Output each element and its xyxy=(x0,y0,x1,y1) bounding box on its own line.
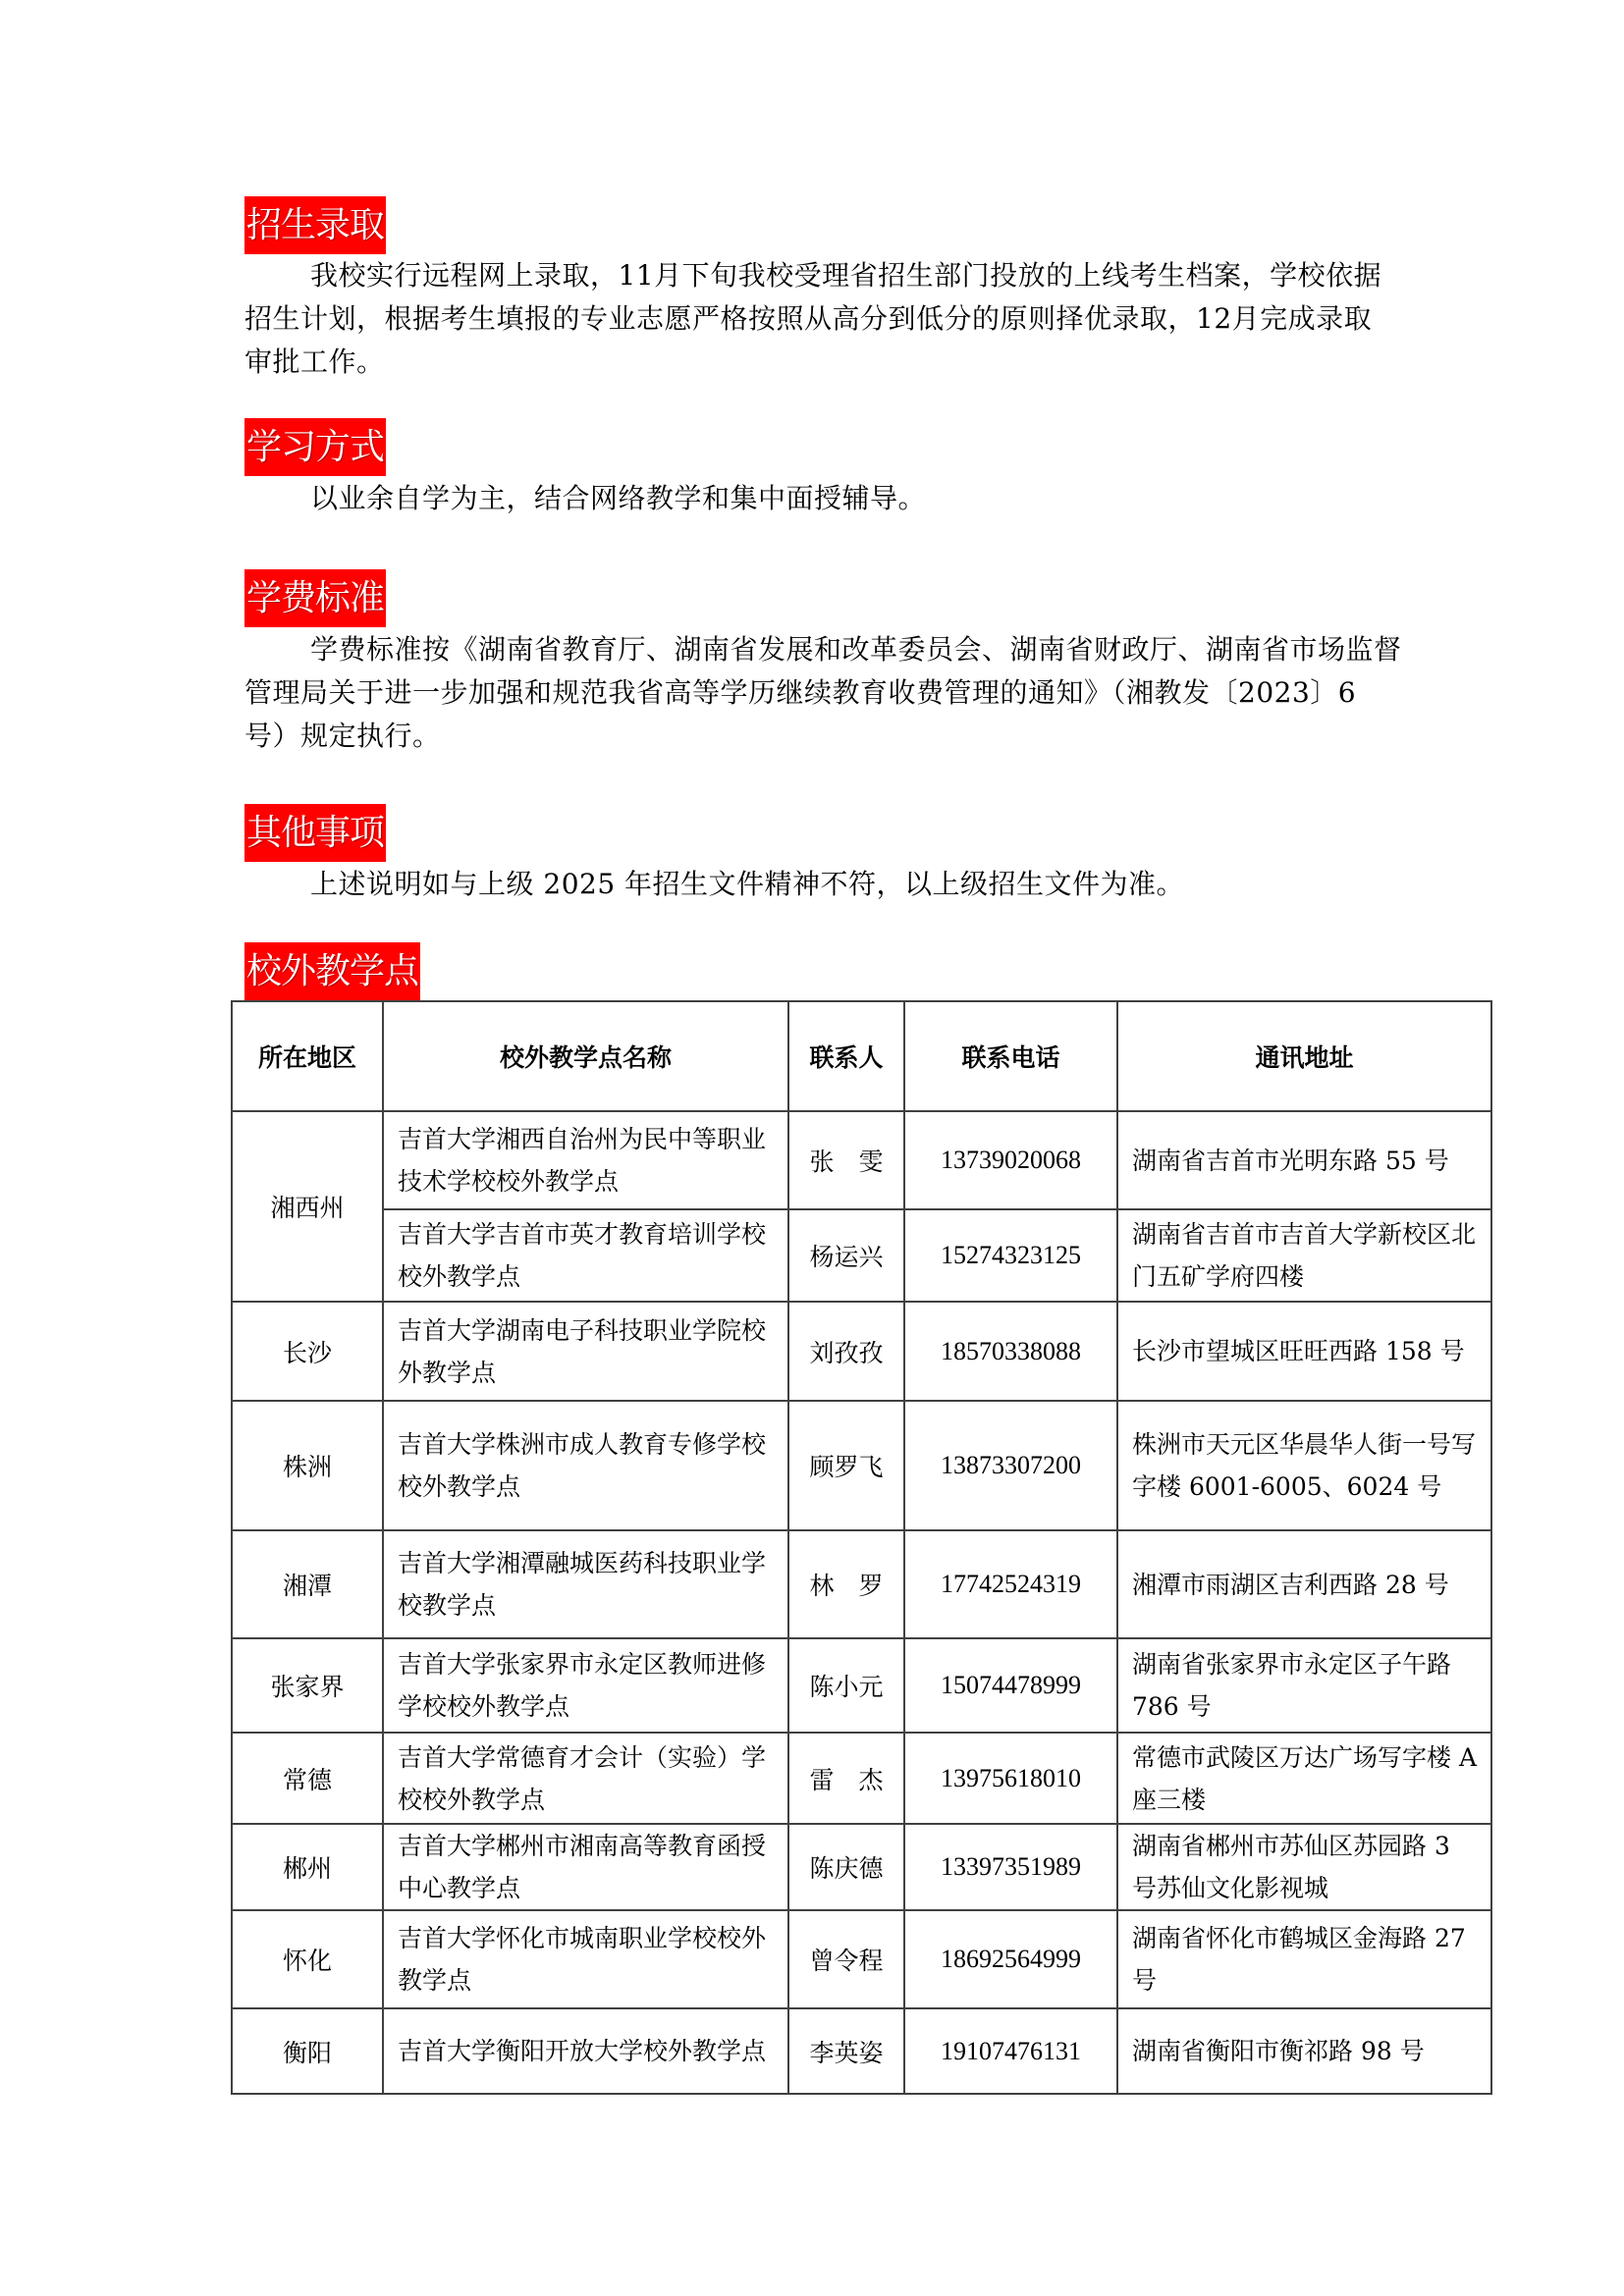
table-row: 怀化 吉首大学怀化市城南职业学校校外教学点 曾令程 18692564999 湖南… xyxy=(232,1910,1491,2008)
section-paragraph-tuition: 学费标准按《湖南省教育厅、湖南省发展和改革委员会、湖南省财政厅、湖南省市场监督管… xyxy=(244,628,1403,758)
header-contact: 联系人 xyxy=(788,1001,904,1111)
cell-contact: 陈庆德 xyxy=(788,1824,904,1910)
cell-site-name: 吉首大学吉首市英才教育培训学校校外教学点 xyxy=(383,1209,788,1302)
cell-address: 湘潭市雨湖区吉利西路 28 号 xyxy=(1117,1530,1491,1638)
table-row: 长沙 吉首大学湖南电子科技职业学院校外教学点 刘孜孜 18570338088 长… xyxy=(232,1302,1491,1401)
cell-region: 湘西州 xyxy=(232,1111,383,1302)
cell-phone: 19107476131 xyxy=(904,2008,1117,2094)
header-site-name: 校外教学点名称 xyxy=(383,1001,788,1111)
cell-contact: 杨运兴 xyxy=(788,1209,904,1302)
cell-address: 湖南省衡阳市衡祁路 98 号 xyxy=(1117,2008,1491,2094)
section-paragraph-study-mode: 以业余自学为主，结合网络教学和集中面授辅导。 xyxy=(244,477,1393,520)
cell-site-name: 吉首大学株洲市成人教育专修学校校外教学点 xyxy=(383,1401,788,1530)
cell-site-name: 吉首大学衡阳开放大学校外教学点 xyxy=(383,2008,788,2094)
section-heading-study-mode: 学习方式 xyxy=(244,418,386,476)
cell-region: 张家界 xyxy=(232,1638,383,1733)
table-row: 株洲 吉首大学株洲市成人教育专修学校校外教学点 顾罗飞 13873307200 … xyxy=(232,1401,1491,1530)
cell-address: 湖南省吉首市吉首大学新校区北门五矿学府四楼 xyxy=(1117,1209,1491,1302)
table-row: 衡阳 吉首大学衡阳开放大学校外教学点 李英姿 19107476131 湖南省衡阳… xyxy=(232,2008,1491,2094)
cell-region: 株洲 xyxy=(232,1401,383,1530)
cell-phone: 13739020068 xyxy=(904,1111,1117,1209)
cell-contact: 林 罗 xyxy=(788,1530,904,1638)
cell-contact: 曾令程 xyxy=(788,1910,904,2008)
cell-phone: 13397351989 xyxy=(904,1824,1117,1910)
document-page: 招生录取 我校实行远程网上录取，11月下旬我校受理省招生部门投放的上线考生档案，… xyxy=(0,0,1624,2296)
cell-address: 湖南省吉首市光明东路 55 号 xyxy=(1117,1111,1491,1209)
header-phone: 联系电话 xyxy=(904,1001,1117,1111)
cell-contact: 张 雯 xyxy=(788,1111,904,1209)
section-heading-tuition: 学费标准 xyxy=(244,569,386,627)
cell-address: 株洲市天元区华晨华人街一号写字楼 6001-6005、6024 号 xyxy=(1117,1401,1491,1530)
cell-region: 衡阳 xyxy=(232,2008,383,2094)
table-row: 湘西州 吉首大学湘西自治州为民中等职业技术学校校外教学点 张 雯 1373902… xyxy=(232,1111,1491,1209)
table-row: 湘潭 吉首大学湘潭融城医药科技职业学校教学点 林 罗 17742524319 湘… xyxy=(232,1530,1491,1638)
section-paragraph-admission: 我校实行远程网上录取，11月下旬我校受理省招生部门投放的上线考生档案，学校依据招… xyxy=(244,254,1393,384)
cell-address: 常德市武陵区万达广场写字楼 A 座三楼 xyxy=(1117,1733,1491,1824)
table-header-row: 所在地区 校外教学点名称 联系人 联系电话 通讯地址 xyxy=(232,1001,1491,1111)
cell-region: 湘潭 xyxy=(232,1530,383,1638)
cell-site-name: 吉首大学怀化市城南职业学校校外教学点 xyxy=(383,1910,788,2008)
cell-site-name: 吉首大学郴州市湘南高等教育函授中心教学点 xyxy=(383,1824,788,1910)
cell-phone: 15274323125 xyxy=(904,1209,1117,1302)
cell-region: 怀化 xyxy=(232,1910,383,2008)
cell-address: 湖南省郴州市苏仙区苏园路 3 号苏仙文化影视城 xyxy=(1117,1824,1491,1910)
cell-address: 湖南省怀化市鹤城区金海路 27 号 xyxy=(1117,1910,1491,2008)
cell-region: 长沙 xyxy=(232,1302,383,1401)
cell-region: 郴州 xyxy=(232,1824,383,1910)
cell-site-name: 吉首大学湖南电子科技职业学院校外教学点 xyxy=(383,1302,788,1401)
cell-phone: 17742524319 xyxy=(904,1530,1117,1638)
cell-region: 常德 xyxy=(232,1733,383,1824)
cell-phone: 18570338088 xyxy=(904,1302,1117,1401)
section-heading-admission: 招生录取 xyxy=(244,196,386,254)
cell-contact: 雷 杰 xyxy=(788,1733,904,1824)
teaching-sites-table: 所在地区 校外教学点名称 联系人 联系电话 通讯地址 湘西州 吉首大学湘西自治州… xyxy=(231,1000,1492,2095)
cell-contact: 刘孜孜 xyxy=(788,1302,904,1401)
table-row: 常德 吉首大学常德育才会计（实验）学校校外教学点 雷 杰 13975618010… xyxy=(232,1733,1491,1824)
cell-site-name: 吉首大学湘潭融城医药科技职业学校教学点 xyxy=(383,1530,788,1638)
cell-contact: 陈小元 xyxy=(788,1638,904,1733)
cell-phone: 18692564999 xyxy=(904,1910,1117,2008)
cell-contact: 顾罗飞 xyxy=(788,1401,904,1530)
cell-contact: 李英姿 xyxy=(788,2008,904,2094)
cell-phone: 13975618010 xyxy=(904,1733,1117,1824)
table-row: 张家界 吉首大学张家界市永定区教师进修学校校外教学点 陈小元 150744789… xyxy=(232,1638,1491,1733)
cell-site-name: 吉首大学张家界市永定区教师进修学校校外教学点 xyxy=(383,1638,788,1733)
cell-phone: 15074478999 xyxy=(904,1638,1117,1733)
cell-address: 湖南省张家界市永定区子午路 786 号 xyxy=(1117,1638,1491,1733)
section-paragraph-other: 上述说明如与上级 2025 年招生文件精神不符，以上级招生文件为准。 xyxy=(244,863,1393,906)
header-address: 通讯地址 xyxy=(1117,1001,1491,1111)
header-region: 所在地区 xyxy=(232,1001,383,1111)
cell-site-name: 吉首大学湘西自治州为民中等职业技术学校校外教学点 xyxy=(383,1111,788,1209)
table-row: 吉首大学吉首市英才教育培训学校校外教学点 杨运兴 15274323125 湖南省… xyxy=(232,1209,1491,1302)
table-row: 郴州 吉首大学郴州市湘南高等教育函授中心教学点 陈庆德 13397351989 … xyxy=(232,1824,1491,1910)
section-heading-other: 其他事项 xyxy=(244,804,386,862)
section-heading-teaching-sites: 校外教学点 xyxy=(244,942,420,1000)
cell-address: 长沙市望城区旺旺西路 158 号 xyxy=(1117,1302,1491,1401)
cell-phone: 13873307200 xyxy=(904,1401,1117,1530)
cell-site-name: 吉首大学常德育才会计（实验）学校校外教学点 xyxy=(383,1733,788,1824)
